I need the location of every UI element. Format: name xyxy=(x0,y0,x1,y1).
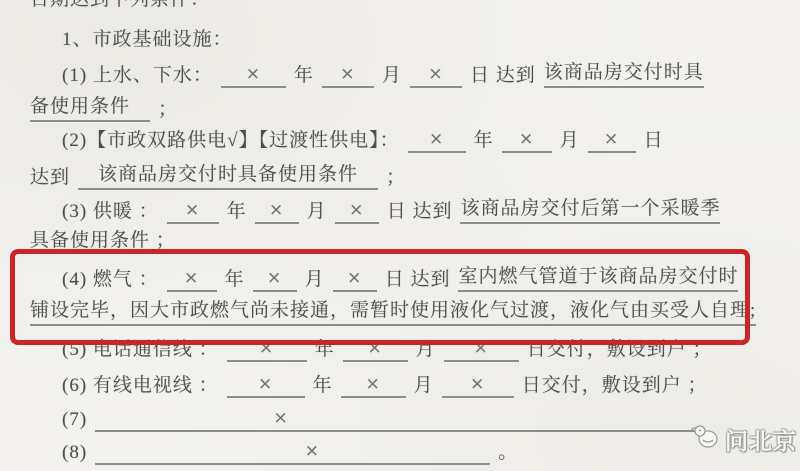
fill-in-blank: × xyxy=(227,374,305,398)
document-lines: 日期达到下列条件：1、市政基础设施：(1) 上水、下水：×年×月×日 达到该商品… xyxy=(0,0,800,471)
line-text: (2)【市政双路供电√】【过渡性供电】： xyxy=(62,129,400,153)
x-mark: × xyxy=(428,62,443,86)
line-text: 日交付，敷设到户 ； xyxy=(522,374,708,398)
line-text: (3) 供暖 ： xyxy=(62,200,159,224)
line-text: 达到 xyxy=(30,166,70,190)
x-mark: × xyxy=(604,127,619,151)
x-mark: × xyxy=(305,439,320,463)
watermark: 问北京 xyxy=(691,422,797,457)
fill-in-blank: × xyxy=(322,64,374,88)
item-1-line-1: (1) 上水、下水：×年×月×日 达到该商品房交付时具 xyxy=(62,61,704,88)
scanned-contract-page: 日期达到下列条件：1、市政基础设施：(1) 上水、下水：×年×月×日 达到该商品… xyxy=(0,0,800,471)
x-mark: × xyxy=(274,406,289,430)
x-mark: × xyxy=(349,198,364,222)
underlined-entry: 该商品房交付后第一个采暖季 xyxy=(460,197,720,224)
fill-in-blank: × xyxy=(335,200,379,224)
line-text: 日 xyxy=(644,129,664,153)
x-mark: × xyxy=(519,127,534,151)
underlined-entry: 该商品房交付时具备使用条件 xyxy=(78,163,378,190)
line-text: (8) xyxy=(62,441,87,465)
line-text: 日 达到 xyxy=(470,64,536,88)
line-text: ； xyxy=(158,98,178,122)
underlined-entry: 备使用条件 xyxy=(30,95,150,122)
line-text: 月 xyxy=(560,129,580,153)
section-title: 1、市政基础设施： xyxy=(62,28,233,52)
line-text: 日 达到 xyxy=(387,200,453,224)
line-text: 年 xyxy=(313,374,333,398)
line-text: 年 xyxy=(227,200,247,224)
item-8-line: (8)×。 xyxy=(62,441,518,465)
line-text: 。 xyxy=(498,441,518,465)
underlined-entry: 该商品房交付时具 xyxy=(544,61,704,88)
x-mark: × xyxy=(246,62,261,86)
line-text: 1、市政基础设施： xyxy=(62,28,233,52)
fill-in-blank: × xyxy=(502,129,552,153)
line-text: 月 xyxy=(414,374,434,398)
item-2-line-2: 达到 该商品房交付时具备使用条件 ； xyxy=(30,163,406,190)
line-text: 月 xyxy=(307,200,327,224)
wenbeijing-logo-icon xyxy=(691,422,721,457)
x-mark: × xyxy=(340,62,355,86)
item-2-line-1: (2)【市政双路供电√】【过渡性供电】：×年×月×日 xyxy=(62,129,664,153)
fill-in-blank: × xyxy=(341,374,406,398)
line-text: (7) xyxy=(62,408,87,432)
highlight-box xyxy=(10,249,750,345)
watermark-label: 问北京 xyxy=(725,423,797,456)
item-7-line: (7)× xyxy=(62,408,695,432)
fill-in-blank: × xyxy=(95,408,695,432)
x-mark: × xyxy=(185,198,200,222)
clipped-top-line: 日期达到下列条件： xyxy=(30,0,210,12)
line-text: (1) 上水、下水： xyxy=(62,64,213,88)
line-text: 年 xyxy=(474,129,494,153)
item-1-line-2: 备使用条件 ； xyxy=(30,95,178,122)
line-text: 月 xyxy=(382,64,402,88)
item-6-line: (6) 有线电视线 ：×年×月×日交付，敷设到户 ； xyxy=(62,374,707,398)
x-mark: × xyxy=(258,372,273,396)
line-text: 日期达到下列条件： xyxy=(30,0,210,12)
fill-in-blank: × xyxy=(95,441,490,465)
fill-in-blank: × xyxy=(410,64,462,88)
item-3-line-1: (3) 供暖 ：×年×月×日 达到该商品房交付后第一个采暖季 xyxy=(62,197,720,224)
line-text: (6) 有线电视线 ： xyxy=(62,374,219,398)
fill-in-blank: × xyxy=(255,200,299,224)
fill-in-blank: × xyxy=(588,129,636,153)
line-text: 年 xyxy=(294,64,314,88)
x-mark: × xyxy=(366,372,381,396)
x-mark: × xyxy=(470,372,485,396)
x-mark: × xyxy=(269,198,284,222)
fill-in-blank: × xyxy=(221,64,286,88)
fill-in-blank: × xyxy=(167,200,219,224)
fill-in-blank: × xyxy=(408,129,466,153)
x-mark: × xyxy=(429,127,444,151)
line-text: ； xyxy=(386,166,406,190)
fill-in-blank: × xyxy=(442,374,514,398)
